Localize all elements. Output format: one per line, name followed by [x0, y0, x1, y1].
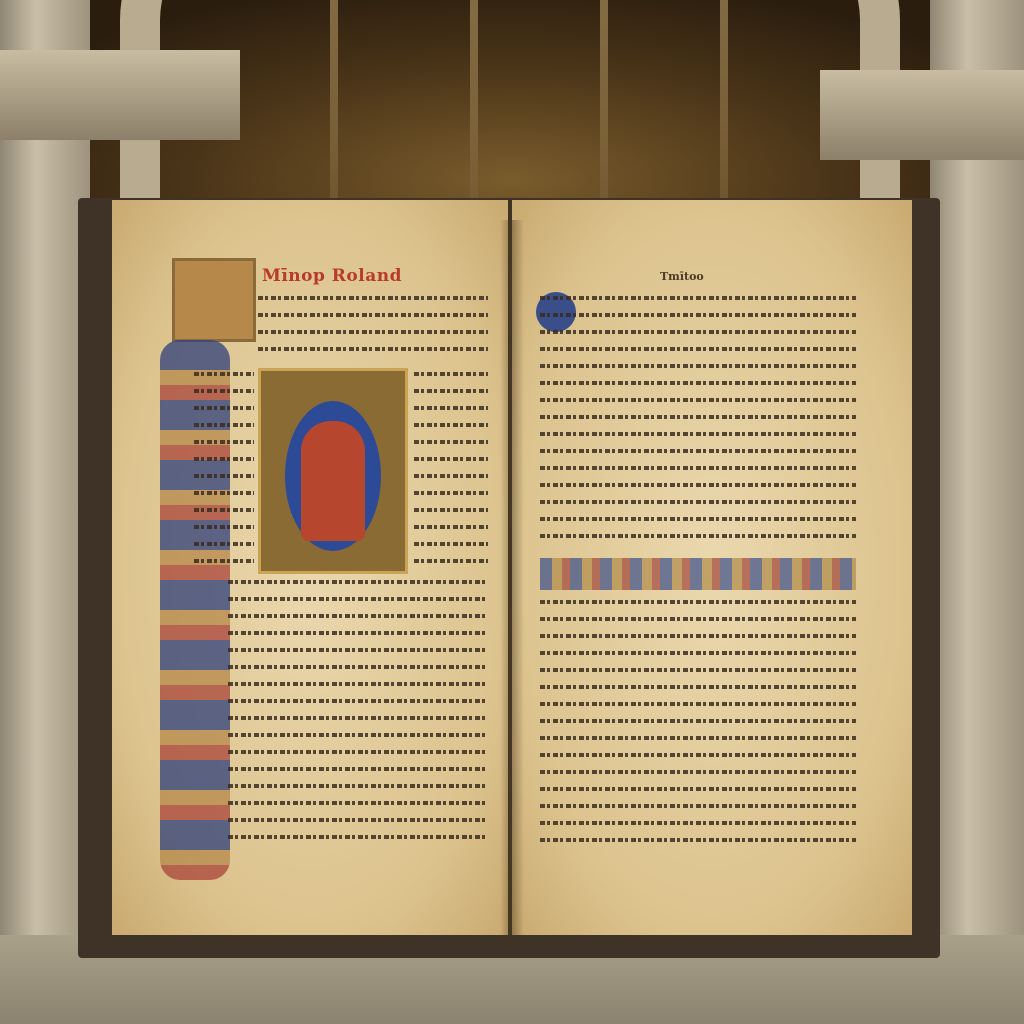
left-text-margin — [194, 372, 254, 576]
left-text-bottom — [228, 580, 488, 852]
right-text-top — [540, 296, 856, 551]
left-pillar — [0, 0, 90, 960]
running-head: Tmītoo — [660, 270, 704, 283]
left-text-top — [258, 296, 488, 364]
robed-figure — [301, 421, 365, 541]
left-text-beside-miniature — [414, 372, 488, 576]
right-capital — [820, 70, 1024, 160]
illuminated-initial — [172, 258, 256, 342]
miniature-painting — [258, 368, 408, 574]
page-title: Mīnop Roland — [262, 266, 402, 286]
book-gutter — [500, 220, 524, 935]
decorative-band — [540, 558, 856, 590]
right-text-bottom — [540, 600, 856, 855]
left-capital — [0, 50, 240, 140]
